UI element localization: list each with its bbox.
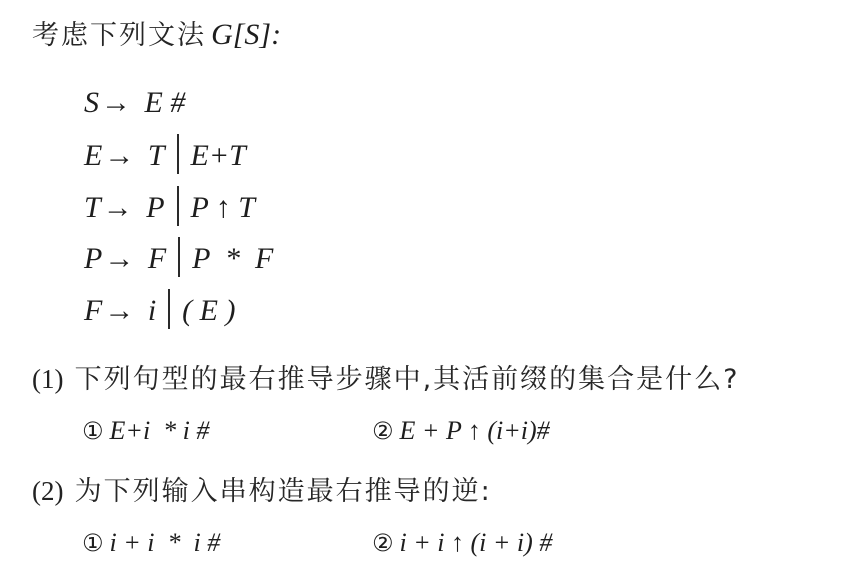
question-text: 下列句型的最右推导步骤中,其活前缀的集合是什么?	[75, 364, 740, 395]
grammar-rule-e: E→ TE+T	[84, 138, 246, 178]
item-expression: i + i ↑ (i + i) #	[400, 528, 553, 557]
grammar-rule-p: P→ FP * F	[84, 241, 273, 281]
derives-arrow-icon: →	[104, 294, 134, 327]
grammar-rule-f: F→ i( E )	[84, 293, 235, 333]
document-title: 考虑下列文法 G[S]:	[32, 20, 281, 50]
circled-number-2-icon: ②	[372, 417, 394, 445]
rule-alternative: T	[148, 139, 165, 172]
rule-alternative: P * F	[192, 242, 273, 275]
question-1-items: ①E+i * i # ②E + P ↑ (i+i)#	[0, 418, 863, 450]
rule-alternative: i	[148, 294, 156, 327]
circled-number-2-icon: ②	[372, 529, 394, 557]
grammar-rule-t: T→ PP ↑ T	[84, 190, 255, 230]
question-number: (1)	[32, 364, 63, 394]
question-item: ②i + i ↑ (i + i) #	[372, 530, 552, 556]
grammar-name: G[S]:	[211, 18, 281, 51]
item-expression: i + i * i #	[110, 528, 221, 557]
question-2-items: ①i + i * i # ②i + i ↑ (i + i) #	[0, 530, 863, 562]
derives-arrow-icon: →	[104, 242, 134, 275]
rule-alternative: E #	[145, 86, 186, 119]
question-item: ②E + P ↑ (i+i)#	[372, 418, 550, 444]
grammar-rule-s: S→ E #	[84, 88, 185, 118]
alternative-separator	[177, 134, 179, 174]
item-expression: E + P ↑ (i+i)#	[400, 416, 550, 445]
question-text: 为下列输入串构造最右推导的逆:	[75, 476, 492, 507]
circled-number-1-icon: ①	[82, 529, 104, 557]
derives-arrow-icon: →	[104, 139, 134, 172]
rule-alternative: P	[146, 191, 164, 224]
question-number: (2)	[32, 476, 63, 506]
question-2: (2) 为下列输入串构造最右推导的逆:	[32, 478, 492, 505]
alternative-separator	[177, 186, 179, 226]
rule-lhs: E	[84, 139, 102, 172]
question-item: ①E+i * i #	[82, 418, 209, 444]
derives-arrow-icon: →	[103, 191, 133, 224]
question-item: ①i + i * i #	[82, 530, 220, 556]
item-expression: E+i * i #	[110, 416, 210, 445]
alternative-separator	[168, 289, 170, 329]
title-text: 考虑下列文法	[32, 20, 206, 51]
derives-arrow-icon: →	[101, 86, 131, 119]
rule-alternative: E+T	[191, 139, 246, 172]
circled-number-1-icon: ①	[82, 417, 104, 445]
rule-alternative: P ↑ T	[191, 191, 255, 224]
rule-lhs: S	[84, 86, 99, 119]
rule-lhs: T	[84, 191, 101, 224]
rule-alternative: ( E )	[182, 294, 235, 327]
rule-lhs: F	[84, 294, 102, 327]
alternative-separator	[178, 237, 180, 277]
rule-alternative: F	[148, 242, 166, 275]
question-1: (1) 下列句型的最右推导步骤中,其活前缀的集合是什么?	[32, 366, 740, 393]
rule-lhs: P	[84, 242, 102, 275]
